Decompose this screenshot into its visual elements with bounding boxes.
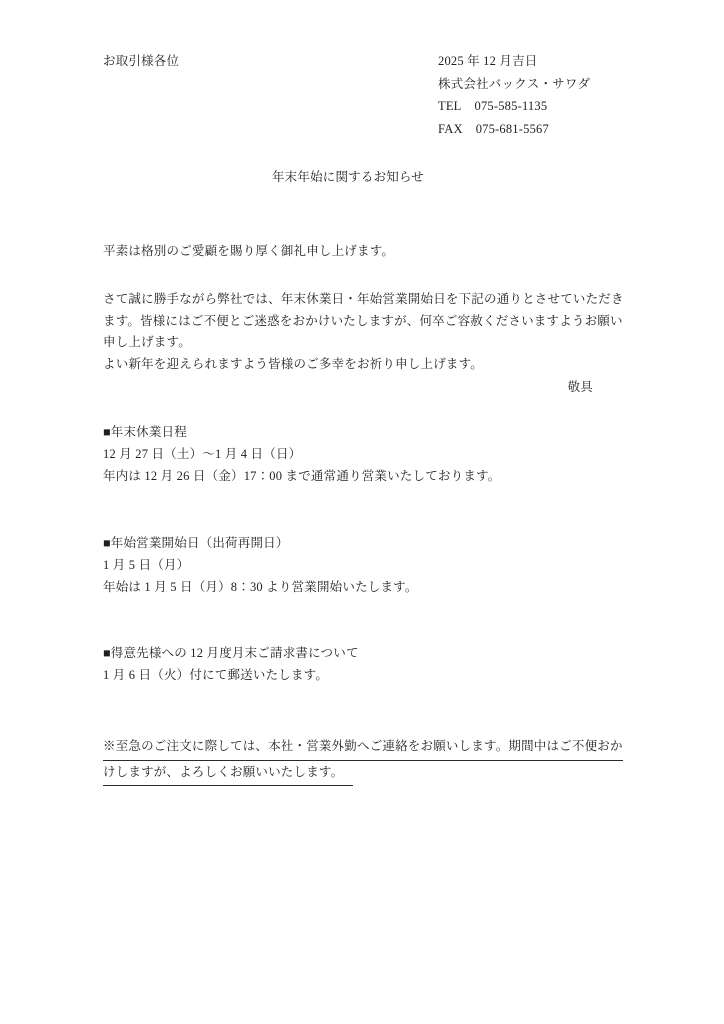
section-line: 年始は 1 月 5 日（月）8：30 より営業開始いたします。 — [103, 576, 593, 598]
section-heading: ■年始営業開始日（出荷再開日） — [103, 532, 593, 554]
section-line: 1 月 6 日（火）付にて郵送いたします。 — [103, 664, 593, 686]
fax-number: 075-681-5567 — [476, 122, 549, 136]
section-heading: ■得意先様への 12 月度月末ご請求書について — [103, 642, 593, 664]
section-invoice: ■得意先様への 12 月度月末ご請求書について 1 月 6 日（火）付にて郵送い… — [103, 642, 593, 686]
urgent-order-notice: ※至急のご注文に際しては、本社・営業外勤へご連絡をお願いします。期間中はご不便お… — [103, 735, 593, 786]
letter-header: お取引様各位 2025 年 12 月吉日 株式会社バックス・サワダ TEL075… — [103, 50, 593, 140]
tel-row: TEL075-585-1135 — [438, 95, 593, 118]
body-line: ます。皆様にはご不便とご迷惑をおかけいたしますが、何卒ご容赦くださいますようお願… — [103, 311, 593, 333]
section-line: 1 月 5 日（月） — [103, 554, 593, 576]
body-line: さて誠に勝手ながら弊社では、年末休業日・年始営業開始日を下記の通りとさせていただ… — [103, 289, 593, 311]
tel-label: TEL — [438, 99, 462, 113]
document-page: お取引様各位 2025 年 12 月吉日 株式会社バックス・サワダ TEL075… — [0, 0, 724, 1024]
section-line: 12 月 27 日（土）～1 月 4 日（日） — [103, 443, 593, 465]
letter-date: 2025 年 12 月吉日 — [438, 50, 593, 73]
document-title: 年末年始に関するお知らせ — [103, 166, 593, 189]
section-heading: ■年末休業日程 — [103, 421, 593, 443]
notice-line: ※至急のご注文に際しては、本社・営業外勤へご連絡をお願いします。期間中はご不便お… — [103, 735, 593, 761]
body-paragraph: さて誠に勝手ながら弊社では、年末休業日・年始営業開始日を下記の通りとさせていただ… — [103, 289, 593, 375]
fax-row: FAX075-681-5567 — [438, 118, 593, 141]
tel-number: 075-585-1135 — [475, 99, 548, 113]
notice-line: けしますが、よろしくお願いいたします。 — [103, 761, 593, 787]
recipient: お取引様各位 — [103, 50, 438, 73]
greeting-line: 平素は格別のご愛顧を賜り厚く御礼申し上げます。 — [103, 240, 593, 263]
section-new-year-reopen: ■年始営業開始日（出荷再開日） 1 月 5 日（月） 年始は 1 月 5 日（月… — [103, 532, 593, 598]
body-line: 申し上げます。 — [103, 332, 593, 354]
sender-info: 2025 年 12 月吉日 株式会社バックス・サワダ TEL075-585-11… — [438, 50, 593, 140]
closing-word: 敬具 — [103, 376, 593, 399]
fax-label: FAX — [438, 122, 463, 136]
company-name: 株式会社バックス・サワダ — [438, 73, 593, 96]
section-year-end-holidays: ■年末休業日程 12 月 27 日（土）～1 月 4 日（日） 年内は 12 月… — [103, 421, 593, 487]
body-line: よい新年を迎えられますよう皆様のご多幸をお祈り申し上げます。 — [103, 354, 593, 376]
section-line: 年内は 12 月 26 日（金）17：00 まで通常通り営業いたしております。 — [103, 465, 593, 487]
